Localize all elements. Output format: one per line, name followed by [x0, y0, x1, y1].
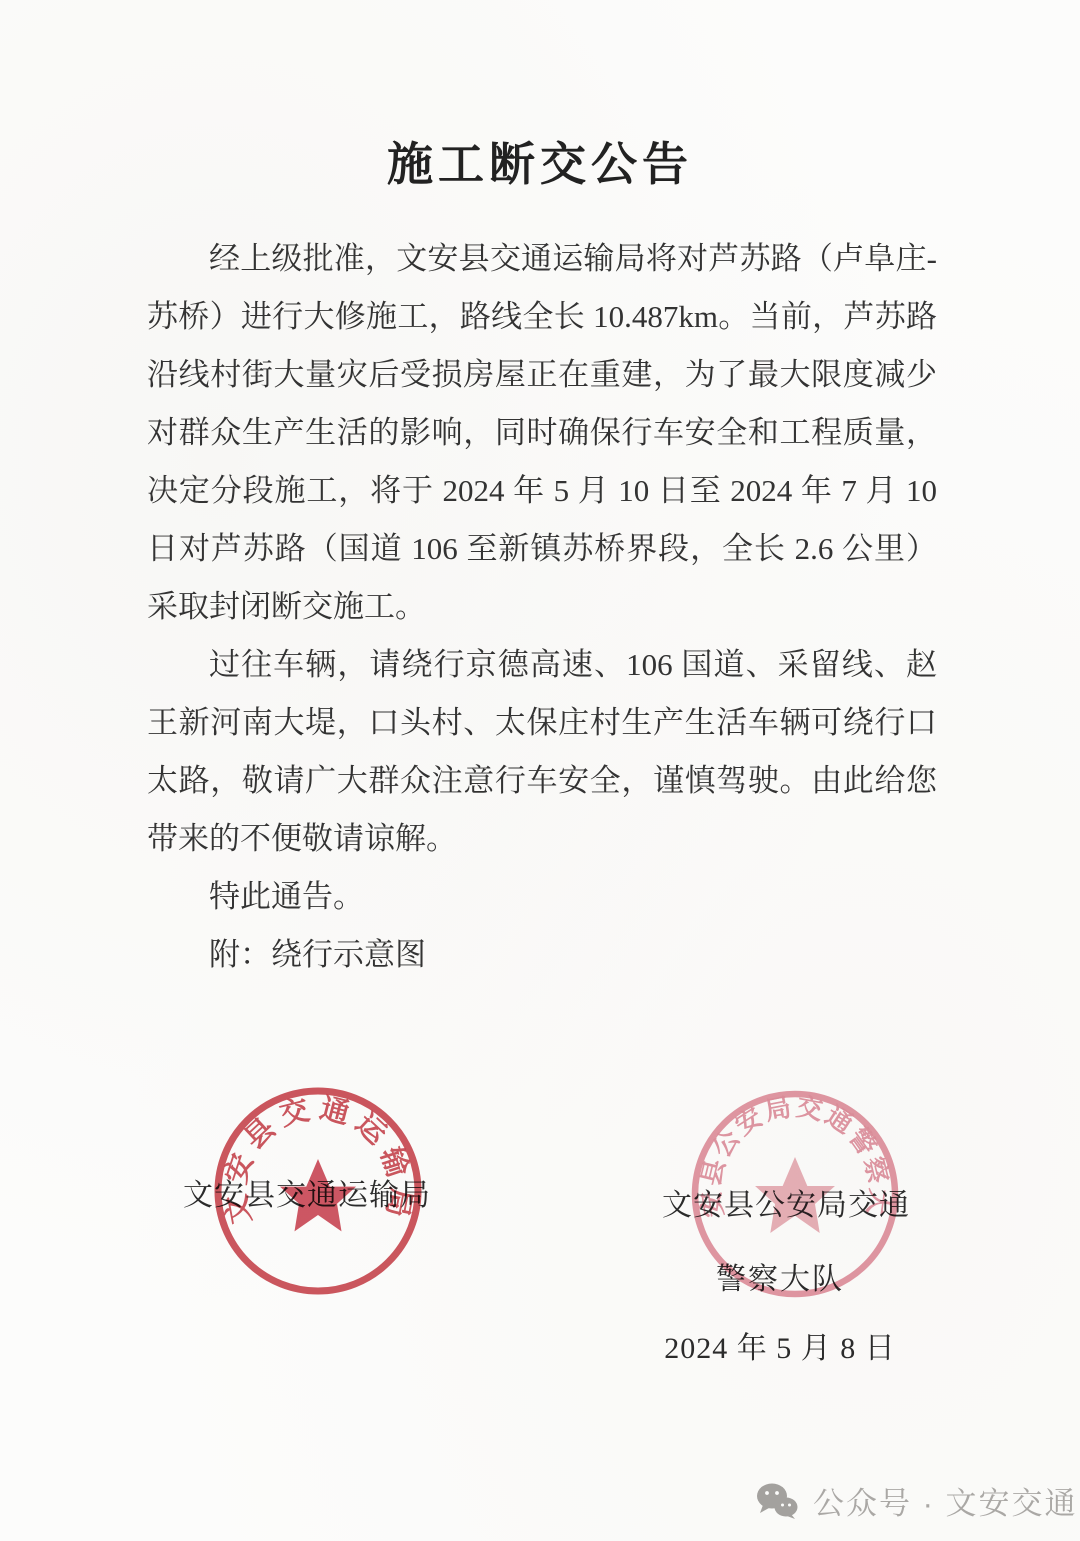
closing-line: 特此通告。 [147, 868, 937, 926]
wechat-icon [755, 1482, 799, 1520]
page-title: 施工断交公告 [0, 128, 1080, 194]
body-paragraph: 经上级批准，文安县交通运输局将对芦苏路（卢阜庄-苏桥）进行大修施工，路线全长 1… [147, 230, 937, 636]
watermark-label: 公众号 · 文安交通 [813, 1478, 1078, 1523]
traffic-police-seal-stamp: 文安县公安局交通警察大队 [678, 1077, 912, 1311]
transport-bureau-seal-stamp: 文安县交通运输局 [208, 1081, 428, 1301]
attachment-line: 附：绕行示意图 [147, 926, 937, 984]
notice-body: 经上级批准，文安县交通运输局将对芦苏路（卢阜庄-苏桥）进行大修施工，路线全长 1… [147, 230, 937, 984]
scanned-notice-page: 施工断交公告 经上级批准，文安县交通运输局将对芦苏路（卢阜庄-苏桥）进行大修施工… [0, 0, 1080, 1541]
signature-date: 2024 年 5 月 8 日 [640, 1323, 920, 1367]
body-paragraph: 过往车辆，请绕行京德高速、106 国道、采留线、赵王新河南大堤，口头村、太保庄村… [147, 636, 937, 868]
public-account-watermark: 公众号 · 文安交通 [755, 1478, 1078, 1523]
star-icon [280, 1159, 356, 1231]
star-icon [755, 1157, 835, 1233]
